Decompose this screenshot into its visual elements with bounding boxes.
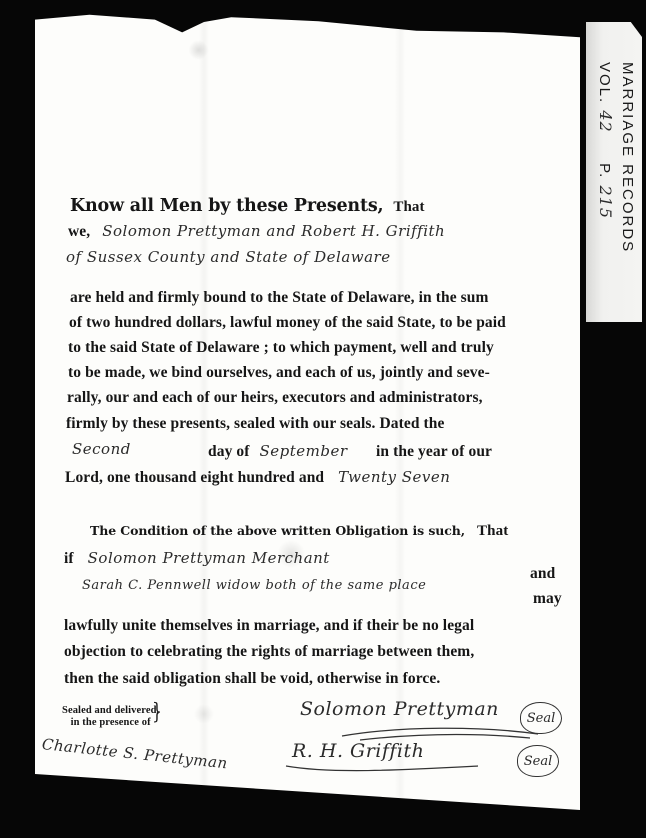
groom-name: Solomon Prettyman Merchant: [88, 549, 330, 567]
closing-line-1: lawfully unite themselves in marriage, a…: [64, 617, 474, 635]
body-line-4: to be made, we bind ourselves, and each …: [68, 364, 490, 382]
signature-2-flourish: [282, 760, 482, 774]
brace-glyph: }: [152, 700, 162, 725]
residence-row: of Sussex County and State of Delaware: [66, 248, 391, 267]
lord-line: Lord, one thousand eight hundred and: [65, 469, 324, 486]
body-line-1: are held and firmly bound to the State o…: [70, 289, 489, 307]
date-month-row: day of September: [208, 442, 348, 461]
heading-tail: That: [393, 199, 424, 215]
document-body: Know all Men by these Presents, That we,…: [0, 0, 646, 838]
may-label: may: [533, 590, 562, 608]
document-heading: Know all Men by these Presents,: [70, 196, 383, 216]
obligors-names: Solomon Prettyman and Robert H. Griffith: [102, 222, 445, 240]
groom-row: if Solomon Prettyman Merchant: [64, 549, 330, 568]
witness-label: Sealed and delivered, in the presence of: [62, 705, 159, 729]
obligors-row: we, Solomon Prettyman and Robert H. Grif…: [68, 222, 445, 241]
witness-signature-row: Charlotte S. Prettyman: [41, 735, 229, 773]
year-prefix: in the year of our: [376, 443, 492, 461]
heading-row: Know all Men by these Presents, That: [70, 196, 425, 216]
residence: of Sussex County and State of Delaware: [66, 248, 391, 266]
if-label: if: [64, 550, 74, 567]
condition-heading-row: The Condition of the above written Oblig…: [90, 522, 508, 540]
signature-1: Solomon Prettyman: [300, 698, 499, 720]
we-label: we,: [68, 223, 90, 240]
signature-2-row: R. H. Griffith: [292, 740, 424, 762]
day-handwritten: Second: [72, 440, 131, 458]
body-line-3: to the said State of Delaware ; to which…: [68, 339, 494, 357]
body-line-2: of two hundred dollars, lawful money of …: [69, 314, 506, 332]
witness-label-line2: in the presence of: [62, 717, 159, 729]
year-handwritten: Twenty Seven: [338, 468, 450, 486]
signature-1-row: Solomon Prettyman: [300, 698, 499, 720]
bride-name: Sarah C. Pennwell widow both of the same…: [82, 578, 426, 593]
witness-signature: Charlotte S. Prettyman: [41, 735, 228, 772]
signature-2: R. H. Griffith: [292, 740, 424, 762]
witness-label-line1: Sealed and delivered,: [62, 705, 159, 717]
and-label: and: [530, 565, 555, 583]
month-handwritten: September: [260, 442, 348, 460]
day-of-label: day of: [208, 443, 250, 460]
seal-2-label: Seal: [524, 754, 553, 769]
lord-row: Lord, one thousand eight hundred and Twe…: [65, 468, 450, 487]
bride-row: Sarah C. Pennwell widow both of the same…: [82, 576, 426, 594]
scanned-document: MARRIAGE RECORDS VOL. 42 P. 215 Know all…: [0, 0, 646, 838]
seal-1: Seal: [520, 702, 562, 734]
seal-2: Seal: [517, 745, 559, 777]
body-line-6: firmly by these presents, sealed with ou…: [66, 415, 445, 433]
condition-heading: The Condition of the above written Oblig…: [90, 523, 465, 538]
closing-line-3: then the said obligation shall be void, …: [64, 670, 440, 688]
condition-heading-tail: That: [477, 523, 508, 539]
closing-line-2: objection to celebrating the rights of m…: [64, 643, 474, 661]
body-line-5: rally, our and each of our heirs, execut…: [67, 389, 483, 407]
date-day: Second: [72, 440, 131, 459]
seal-1-label: Seal: [527, 711, 556, 726]
